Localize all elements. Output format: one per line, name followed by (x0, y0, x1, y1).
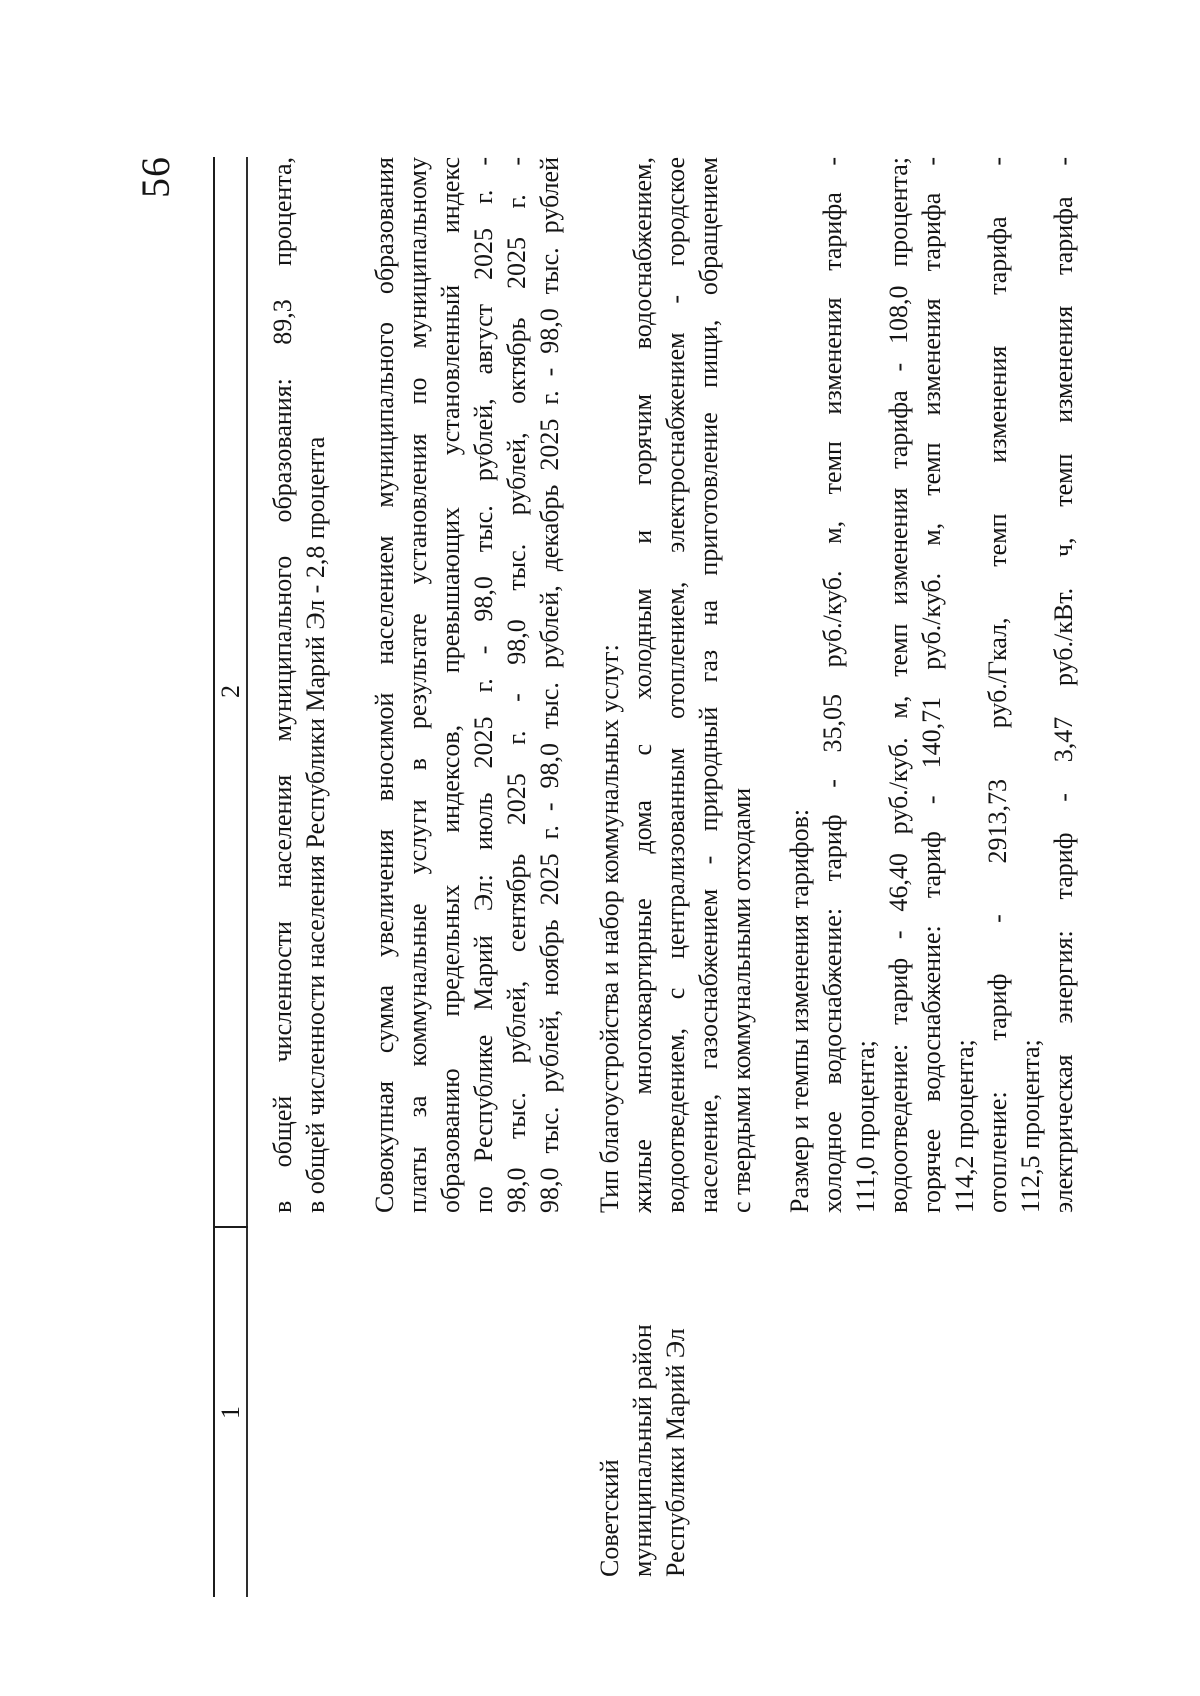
paragraph-line: в общей численности населения муниципаль… (266, 157, 299, 1213)
table-header-rule (246, 157, 248, 1597)
paragraph-line: 112,5 процента; (1014, 157, 1047, 1213)
paragraph-line: 98,0 тыс. рублей, сентябрь 2025 г. - 98,… (500, 157, 533, 1213)
paragraph-line: водоотведение: тариф - 46,40 руб./куб. м… (882, 157, 915, 1213)
paragraph: Тип благоустройства и набор коммунальных… (593, 157, 758, 1213)
paragraph-line: 111,0 процента; (849, 157, 882, 1213)
paragraph-line: образованию предельных индексов, превыша… (434, 157, 467, 1213)
district-name-line: Республики Марий Эл (659, 1217, 692, 1577)
paragraph: Размер и темпы изменения тарифов:холодно… (783, 157, 1080, 1213)
district-name-line: Советский (593, 1217, 626, 1577)
header-cell-1: 1 (215, 1228, 246, 1597)
paragraph-line: Совокупная сумма увеличения вносимой нас… (368, 157, 401, 1213)
paragraph-line: население, газоснабжением - природный га… (692, 157, 725, 1213)
paragraph-line: Размер и темпы изменения тарифов: (783, 157, 816, 1213)
paragraph-line: холодное водоснабжение: тариф - 35,05 ру… (816, 157, 849, 1213)
landscape-canvas: 56 1 2 Советскиймуниципальный районРеспу… (0, 0, 1200, 1696)
row-col2: в общей численности населения муниципаль… (266, 157, 1080, 1213)
paragraph-line: жилые многоквартирные дома с холодным и … (626, 157, 659, 1213)
paragraph-line: водоотведением, с централизованным отопл… (659, 157, 692, 1213)
paragraph-line: отопление: тариф - 2913,73 руб./Гкал, те… (981, 157, 1014, 1213)
paragraph-line: 114,2 процента; (948, 157, 981, 1213)
row-col1: Советскиймуниципальный районРеспублики М… (593, 1217, 692, 1577)
header-cell-2: 2 (215, 157, 246, 1226)
paragraph-line: по Республике Марий Эл: июль 2025 г. - 9… (467, 157, 500, 1213)
document-page: 56 1 2 Советскиймуниципальный районРеспу… (0, 0, 1200, 1696)
page-number: 56 (134, 156, 178, 356)
paragraph-line: в общей численности населения Республики… (299, 157, 332, 1213)
paragraph: в общей численности населения муниципаль… (266, 157, 332, 1213)
paragraph-line: 98,0 тыс. рублей, ноябрь 2025 г. - 98,0 … (533, 157, 566, 1213)
paragraph-line: Тип благоустройства и набор коммунальных… (593, 157, 626, 1213)
paragraph-line: с твердыми коммунальными отходами (725, 157, 758, 1213)
district-name-line: муниципальный район (626, 1217, 659, 1577)
paragraph: Совокупная сумма увеличения вносимой нас… (368, 157, 566, 1213)
paragraph-line: электрическая энергия: тариф - 3,47 руб.… (1047, 157, 1080, 1213)
paragraph-line: платы за коммунальные услуги в результат… (401, 157, 434, 1213)
paragraph-line: горячее водоснабжение: тариф - 140,71 ру… (915, 157, 948, 1213)
